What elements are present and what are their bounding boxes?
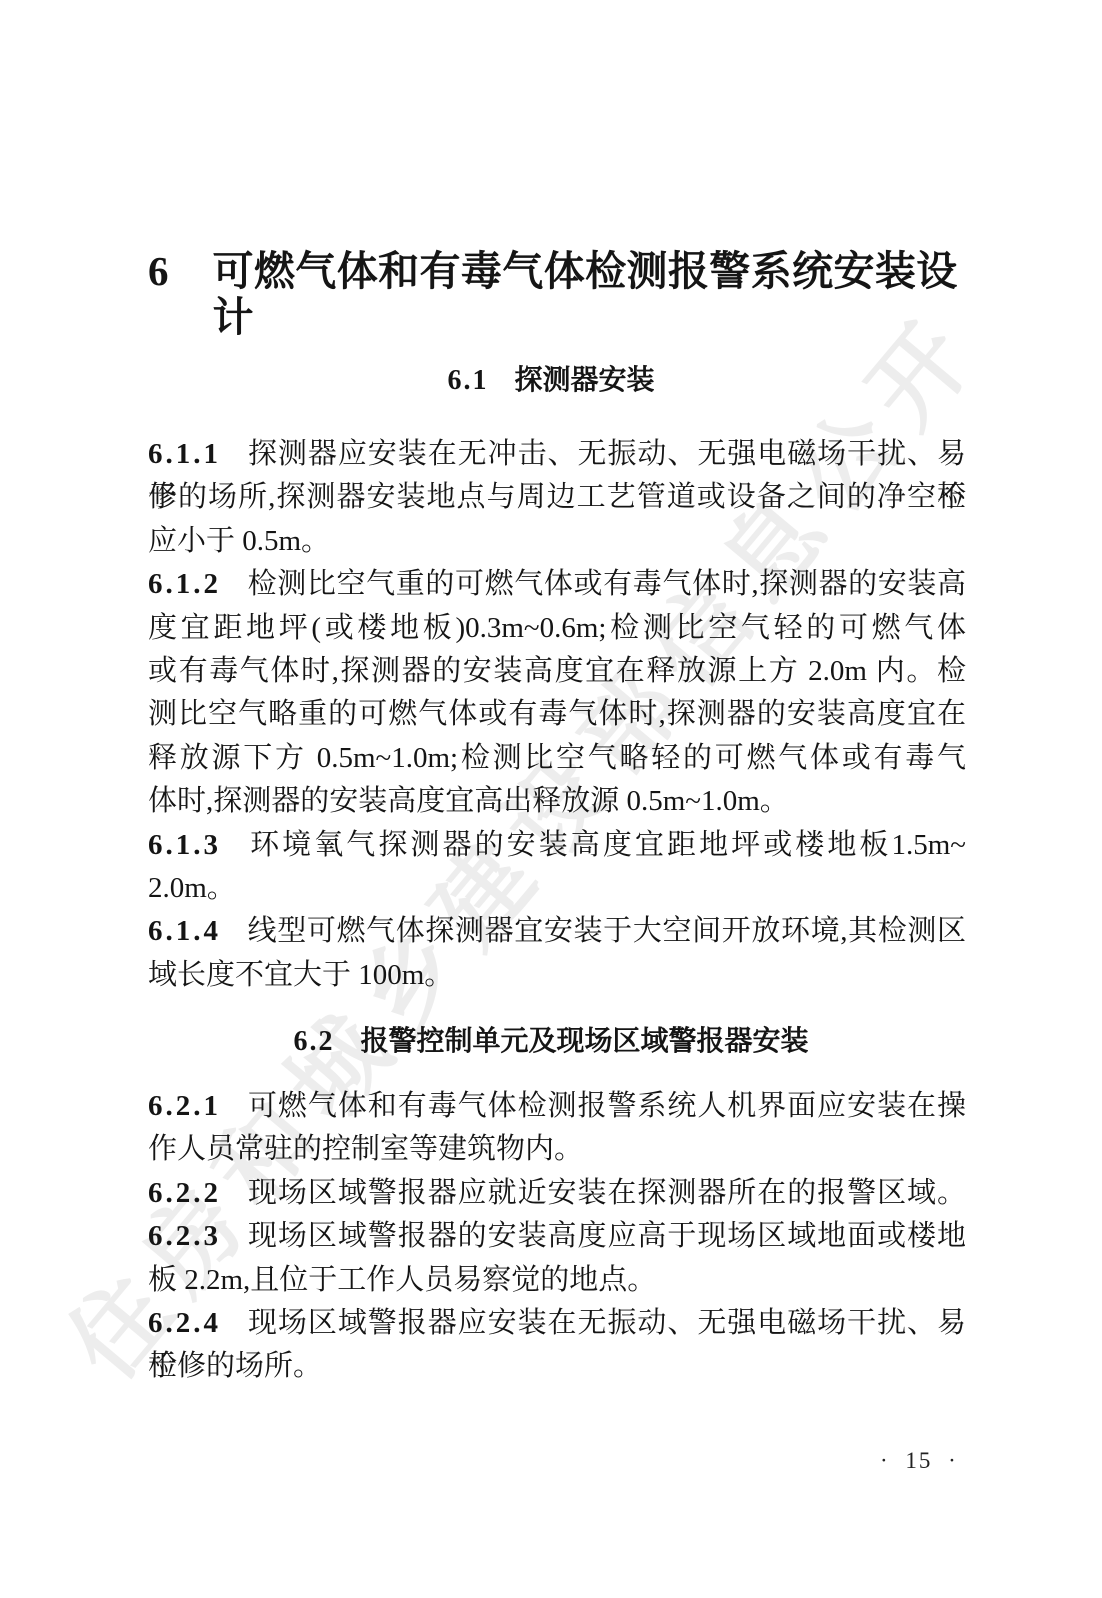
clause-text: 现场区域警报器应就近安装在探测器所在的报警区域。 (247, 1177, 966, 1209)
clause-text: 2.0m。 (148, 872, 236, 904)
clause-line: 作人员常驻的控制室等建筑物内。 (148, 1128, 966, 1171)
clause-number: 6.1.3 (148, 829, 221, 861)
clause-text: 或有毒气体时,探测器的安装高度宜在释放源上方 2.0m 内。检 (148, 655, 966, 687)
section-title: 探测器安装 (514, 364, 654, 395)
clause-number: 6.1.2 (148, 568, 221, 600)
chapter-title-text: 可燃气体和有毒气体检测报警系统安装设计 (213, 248, 967, 340)
section-heading-6-2: 6.2报警控制单元及现场区域警报器安装 (0, 1025, 1102, 1058)
clause-text: 作人员常驻的控制室等建筑物内。 (148, 1133, 583, 1165)
document-page: 住房和城乡建设部信息公开 6 可燃气体和有毒气体检测报警系统安装设计 6.1探测… (0, 0, 1102, 1598)
clause-line: 应小于 0.5m。 (148, 520, 966, 563)
clause-text: 线型可燃气体探测器宜安装于大空间开放环境,其检测区 (247, 915, 966, 947)
section-heading-6-1: 6.1探测器安装 (0, 364, 1102, 397)
clause-text: 修的场所,探测器安装地点与周边工艺管道或设备之间的净空不 (148, 481, 966, 513)
chapter-number: 6 (148, 248, 169, 340)
clause-number: 6.2.2 (148, 1177, 221, 1209)
clause-text: 检测比空气重的可燃气体或有毒气体时,探测器的安装高 (247, 568, 966, 600)
clause-number: 6.2.3 (148, 1220, 221, 1252)
clause-line: 6.2.2现场区域警报器应就近安装在探测器所在的报警区域。 (148, 1172, 966, 1215)
clause-line: 测比空气略重的可燃气体或有毒气体时,探测器的安装高度宜在 (148, 693, 966, 736)
clause-line: 6.2.1可燃气体和有毒气体检测报警系统人机界面应安装在操 (148, 1085, 966, 1128)
clause-text: 检修的场所。 (148, 1350, 322, 1382)
clause-line: 域长度不宜大于 100m。 (148, 954, 966, 997)
section-number: 6.2 (293, 1026, 334, 1057)
clause-text: 现场区域警报器的安装高度应高于现场区域地面或楼地 (247, 1220, 966, 1252)
clause-number: 6.1.4 (148, 915, 221, 947)
section-body-6-2: 6.2.1可燃气体和有毒气体检测报警系统人机界面应安装在操作人员常驻的控制室等建… (148, 1085, 966, 1389)
clause-line: 体时,探测器的安装高度宜高出释放源 0.5m~1.0m。 (148, 780, 966, 823)
clause-text: 应小于 0.5m。 (148, 525, 330, 557)
clause-text: 测比空气略重的可燃气体或有毒气体时,探测器的安装高度宜在 (148, 698, 966, 730)
clause-line: 检修的场所。 (148, 1345, 966, 1388)
section-title: 报警控制单元及现场区域警报器安装 (360, 1025, 808, 1056)
clause-text: 板 2.2m,且位于工作人员易察觉的地点。 (148, 1264, 656, 1296)
clause-line: 6.1.3环境氧气探测器的安装高度宜距地坪或楼地板1.5m~ (148, 824, 966, 867)
clause-text: 度宜距地坪(或楼地板)0.3m~0.6m;检测比空气轻的可燃气体 (148, 612, 966, 644)
clause-line: 度宜距地坪(或楼地板)0.3m~0.6m;检测比空气轻的可燃气体 (148, 607, 966, 650)
chapter-title: 6 可燃气体和有毒气体检测报警系统安装设计 (148, 248, 966, 340)
clause-line: 板 2.2m,且位于工作人员易察觉的地点。 (148, 1259, 966, 1302)
clause-line: 6.1.1探测器应安装在无冲击、无振动、无强电磁场干扰、易于检 (148, 433, 966, 476)
clause-number: 6.2.4 (148, 1307, 221, 1339)
clause-line: 6.2.3现场区域警报器的安装高度应高于现场区域地面或楼地 (148, 1215, 966, 1258)
clause-text: 释放源下方 0.5m~1.0m;检测比空气略轻的可燃气体或有毒气 (148, 742, 966, 774)
clause-line: 修的场所,探测器安装地点与周边工艺管道或设备之间的净空不 (148, 476, 966, 519)
clause-text: 域长度不宜大于 100m。 (148, 959, 453, 991)
clause-line: 或有毒气体时,探测器的安装高度宜在释放源上方 2.0m 内。检 (148, 650, 966, 693)
clause-number: 6.1.1 (148, 438, 221, 470)
clause-line: 6.1.4线型可燃气体探测器宜安装于大空间开放环境,其检测区 (148, 910, 966, 953)
page-number: · 15 · (880, 1448, 958, 1474)
section-body-6-1: 6.1.1探测器应安装在无冲击、无振动、无强电磁场干扰、易于检修的场所,探测器安… (148, 433, 966, 997)
section-number: 6.1 (447, 365, 488, 396)
clause-line: 6.2.4现场区域警报器应安装在无振动、无强电磁场干扰、易于 (148, 1302, 966, 1345)
clause-line: 6.1.2检测比空气重的可燃气体或有毒气体时,探测器的安装高 (148, 563, 966, 606)
clause-text: 体时,探测器的安装高度宜高出释放源 0.5m~1.0m。 (148, 785, 789, 817)
clause-line: 2.0m。 (148, 867, 966, 910)
clause-number: 6.2.1 (148, 1090, 221, 1122)
clause-text: 环境氧气探测器的安装高度宜距地坪或楼地板1.5m~ (247, 829, 966, 861)
clause-text: 可燃气体和有毒气体检测报警系统人机界面应安装在操 (247, 1090, 966, 1122)
clause-line: 释放源下方 0.5m~1.0m;检测比空气略轻的可燃气体或有毒气 (148, 737, 966, 780)
